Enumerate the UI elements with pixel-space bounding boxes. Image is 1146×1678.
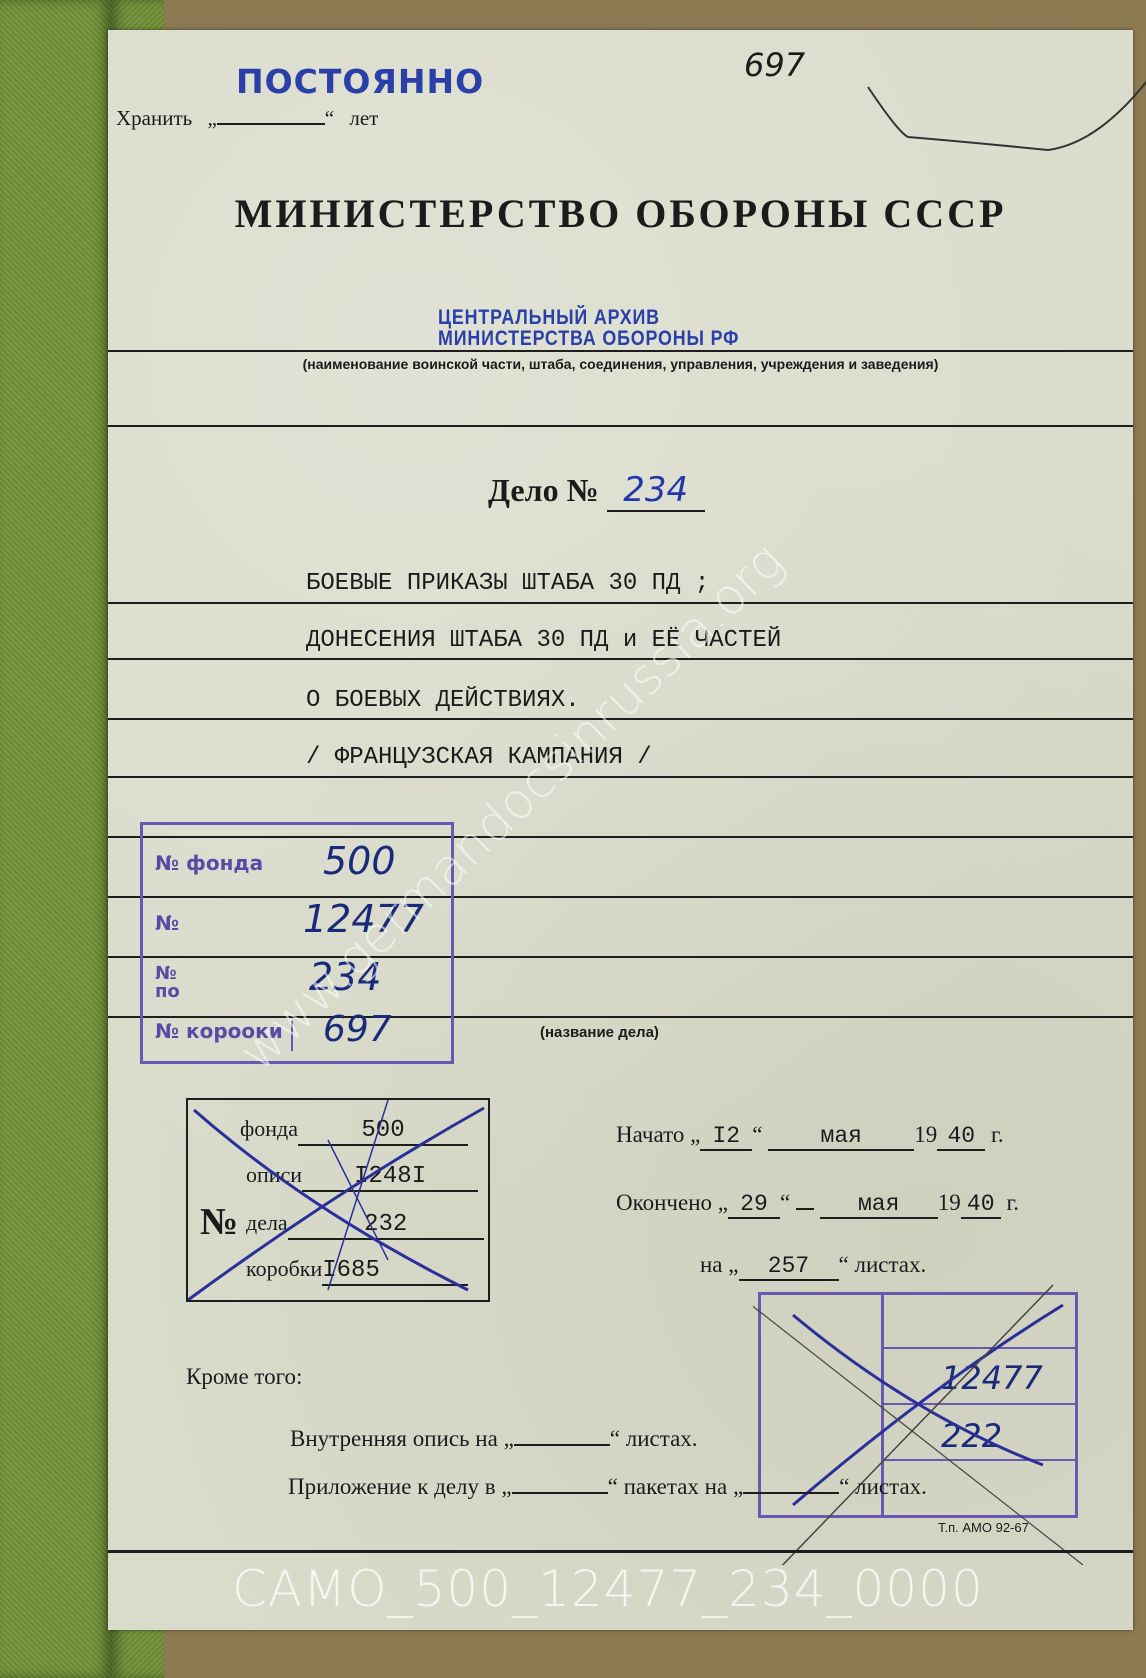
stamp-fund-label: № фонда (155, 851, 263, 875)
ended-day: 29 (728, 1191, 780, 1219)
blank (796, 1208, 814, 1210)
old-reference-box: № фонда500 описиI248I дела232 коробкиI68… (186, 1098, 490, 1302)
started-label: Начато (616, 1122, 684, 1147)
started-date-row: Начато „I2“ мая1940 г. (616, 1122, 1004, 1151)
cross-out-mark-icon (753, 1275, 1093, 1565)
ministry-title: МИНИСТЕРСТВО ОБОРОНЫ СССР (108, 190, 1133, 237)
appendix-sheets-field (743, 1492, 839, 1494)
case-number-value: 234 (607, 470, 705, 512)
ended-label: Окончено (616, 1190, 712, 1215)
inventory-field (514, 1444, 610, 1446)
started-year: 40 (937, 1123, 985, 1151)
archive-stamp-line2: МИНИСТЕРСТВА ОБОРОНЫ РФ (438, 327, 739, 351)
appendix-label: Приложение к делу в (288, 1474, 496, 1499)
case-number-label: Дело № (488, 472, 599, 508)
keep-label: Хранить (116, 106, 192, 130)
green-cloth-spine (0, 0, 112, 1678)
inventory-row: Внутренняя опись на „“ листах. (290, 1426, 698, 1452)
keep-years-field (217, 123, 325, 125)
divider (186, 1300, 488, 1302)
started-day: I2 (700, 1123, 752, 1151)
started-century: 19 (914, 1122, 937, 1147)
print-code: Т.п. АМО 92-67 (938, 1520, 1029, 1535)
pencil-scribble-icon (848, 42, 1146, 162)
stamp-inventory-label: № (155, 911, 179, 935)
divider (108, 1550, 1133, 1553)
ended-century: 19 (938, 1190, 961, 1215)
case-title-line-3: О БОЕВЫХ ДЕЙСТВИЯХ. (306, 687, 580, 714)
inventory-label: Внутренняя опись на (290, 1426, 498, 1451)
divider (108, 602, 1133, 604)
started-month: мая (768, 1123, 914, 1151)
handwritten-box-number: 697 (744, 46, 805, 84)
case-number-row: Дело № 234 (488, 470, 705, 512)
sheets-prefix: на (700, 1252, 723, 1277)
file-cover-page: ПОСТОЯННО Хранить „“ лет 697 МИНИСТЕРСТВ… (108, 30, 1133, 1630)
site-watermark: www.germandocsinrussia.org (228, 532, 795, 1082)
unit-name-caption: (наименование воинской части, штаба, сое… (108, 356, 1133, 372)
ended-month: мая (820, 1191, 938, 1219)
stamp-case-label: №по (155, 965, 180, 1001)
divider (108, 425, 1133, 427)
divider (108, 776, 1133, 778)
besides-label: Кроме того: (186, 1364, 302, 1390)
cross-out-mark-icon (188, 1100, 488, 1310)
appendix-row: Приложение к делу в „“ пакетах на „“ лис… (288, 1474, 927, 1500)
permanent-storage-stamp: ПОСТОЯННО (236, 62, 484, 101)
appendix-suffix: листах. (855, 1474, 927, 1499)
divider (108, 350, 1133, 352)
year-suffix: г. (1006, 1190, 1019, 1215)
keep-row: Хранить „“ лет (116, 106, 378, 131)
appendix-mid: пакетах на (624, 1474, 728, 1499)
case-title-caption: (название дела) (540, 1024, 659, 1041)
year-suffix: г. (991, 1122, 1004, 1147)
ended-year: 40 (961, 1191, 1001, 1219)
case-title-line-1: БОЕВЫЕ ПРИКАЗЫ ШТАБА 30 ПД ; (306, 570, 709, 597)
keep-years-label: лет (349, 106, 378, 130)
sheets-suffix: листах. (854, 1252, 926, 1277)
stamp-fund-value: 500 (323, 839, 396, 883)
file-id-watermark: CAMO_500_12477_234_0000 (232, 1560, 984, 1618)
appendix-packets-field (512, 1492, 608, 1494)
inventory-suffix: листах. (626, 1426, 698, 1451)
ended-date-row: Окончено „29“ мая1940 г. (616, 1190, 1019, 1219)
